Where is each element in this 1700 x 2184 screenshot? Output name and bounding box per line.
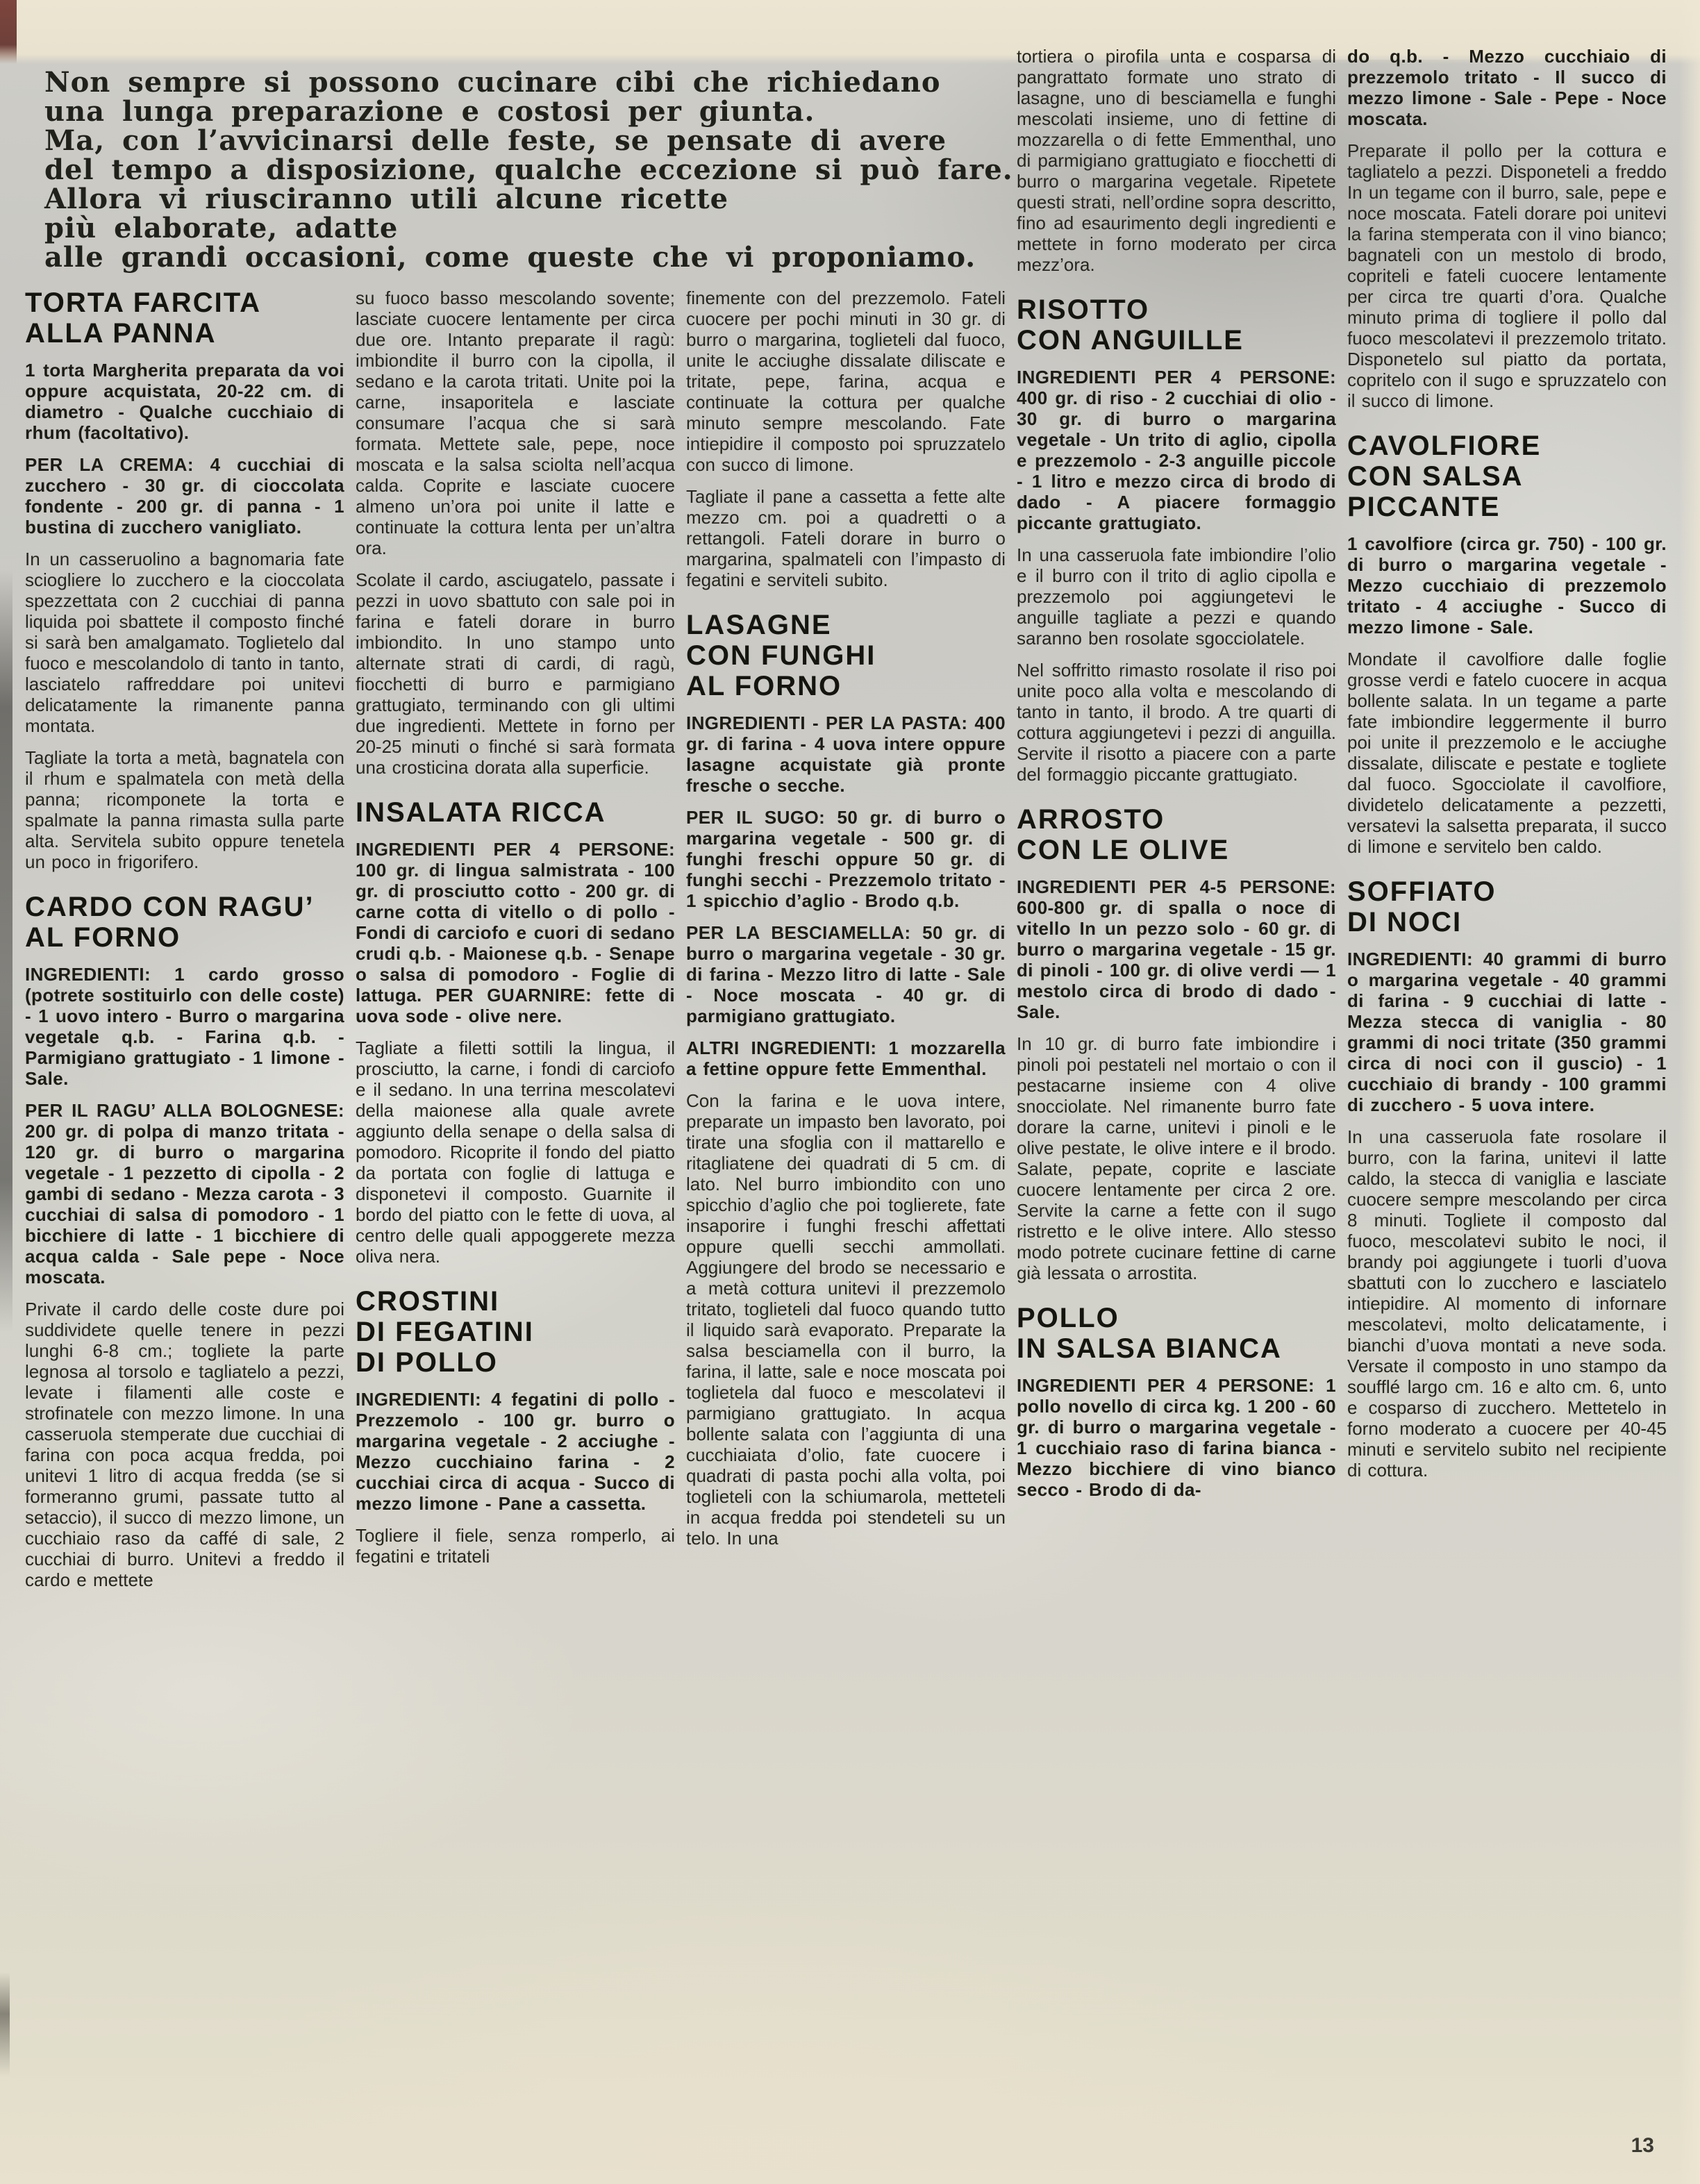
body-paragraph: Preparate il pollo per la cottura e tagl… [1347,140,1667,411]
recipe-heading-line: TORTA FARCITA [25,287,344,318]
body-paragraph: finemente con del prezzemolo. Fateli cuo… [686,287,1006,475]
body-paragraph: Private il cardo delle coste dure poi su… [25,1299,344,1590]
ingredients-paragraph: 1 torta Margherita preparata da voi oppu… [25,360,344,443]
recipe-heading-line: ALLA PANNA [25,318,344,349]
body-paragraph: Con la farina e le uova intere, preparat… [686,1090,1006,1549]
column-5: do q.b. - Mezzo cucchiaio di prezzemolo … [1347,46,1667,1492]
body-paragraph: Tagliate il pane a cassetta a fette alte… [686,486,1006,590]
ingredients-paragraph: do q.b. - Mezzo cucchiaio di prezzemolo … [1347,46,1667,129]
ingredients-paragraph: PER LA CREMA: 4 cucchiai di zucchero - 3… [25,454,344,537]
recipe-heading-line: DI POLLO [356,1347,675,1378]
body-paragraph: Scolate il cardo, asciugatelo, passate i… [356,569,675,778]
body-paragraph: In una casseruola fate imbiondire l’olio… [1017,544,1336,649]
recipe-heading-line: INSALATA RICCA [356,797,675,828]
recipe-heading-line: LASAGNE [686,610,1006,640]
recipe-heading-line: SOFFIATO [1347,876,1667,907]
ingredients-paragraph: INGREDIENTI: 1 cardo grosso (potrete sos… [25,964,344,1089]
ingredients-paragraph: INGREDIENTI PER 4-5 PERSONE: 600-800 gr.… [1017,876,1336,1022]
recipe-heading-line: ARROSTO [1017,804,1336,835]
column-2: su fuoco basso mescolando sovente; lasci… [356,46,675,1578]
recipe-heading-line: CON LE OLIVE [1017,835,1336,865]
recipe-heading-line: POLLO [1017,1303,1336,1333]
column-4: tortiera o pirofila unta e cosparsa di p… [1017,46,1336,1511]
body-paragraph: Mondate il cavolfiore dalle foglie gross… [1347,649,1667,857]
magazine-page: Non sempre si possono cucinare cibi che … [0,0,1700,2184]
recipe-heading: POLLOIN SALSA BIANCA [1017,1303,1336,1364]
recipe-heading-line: AL FORNO [25,922,344,953]
body-paragraph: In una casseruola fate rosolare il burro… [1347,1126,1667,1481]
body-paragraph: Tagliate a filetti sottili la lingua, il… [356,1037,675,1267]
scan-edge-shadow-left-lower [0,1972,10,2076]
recipe-heading-line: CROSTINI [356,1286,675,1317]
recipe-heading: CAVOLFIORECON SALSAPICCANTE [1347,431,1667,522]
recipe-heading-line: DI NOCI [1347,907,1667,937]
recipe-heading-line: IN SALSA BIANCA [1017,1333,1336,1364]
scan-edge-highlight-right [1679,0,1700,2184]
recipe-heading-line: RISOTTO [1017,294,1336,325]
ingredients-paragraph: INGREDIENTI PER 4 PERSONE: 1 pollo novel… [1017,1375,1336,1500]
body-paragraph: In 10 gr. di burro fate imbiondire i pin… [1017,1033,1336,1283]
ingredients-paragraph: ALTRI INGREDIENTI: 1 mozzarella a fettin… [686,1037,1006,1079]
recipe-columns: TORTA FARCITAALLA PANNA1 torta Margherit… [25,46,1668,1601]
page-number: 13 [1631,2134,1654,2158]
ingredients-paragraph: PER LA BESCIAMELLA: 50 gr. di burro o ma… [686,922,1006,1026]
recipe-heading-line: DI FEGATINI [356,1317,675,1347]
recipe-heading: RISOTTOCON ANGUILLE [1017,294,1336,356]
body-paragraph: Tagliate la torta a metà, bagnatela con … [25,747,344,872]
recipe-heading: SOFFIATODI NOCI [1347,876,1667,937]
ingredients-paragraph: PER IL RAGU’ ALLA BOLOGNESE: 200 gr. di … [25,1100,344,1287]
recipe-heading-line: CARDO CON RAGU’ [25,892,344,922]
ingredients-paragraph: INGREDIENTI: 4 fegatini di pollo - Prezz… [356,1389,675,1514]
recipe-heading: CROSTINIDI FEGATINIDI POLLO [356,1286,675,1378]
body-paragraph: In un casseruolino a bagnomaria fate sci… [25,549,344,736]
ingredients-paragraph: INGREDIENTI: 40 grammi di burro o margar… [1347,949,1667,1115]
recipe-heading-line: CAVOLFIORE [1347,431,1667,461]
recipe-heading-line: CON SALSA [1347,461,1667,492]
ingredients-paragraph: INGREDIENTI PER 4 PERSONE: 400 gr. di ri… [1017,367,1336,533]
body-paragraph: Nel soffritto rimasto rosolate il riso p… [1017,660,1336,785]
body-paragraph: su fuoco basso mescolando sovente; lasci… [356,287,675,558]
scan-edge-shadow-left [0,569,12,1333]
recipe-heading: CARDO CON RAGU’AL FORNO [25,892,344,953]
column-1: TORTA FARCITAALLA PANNA1 torta Margherit… [25,46,344,1601]
recipe-heading-line: CON FUNGHI [686,640,1006,671]
recipe-heading: INSALATA RICCA [356,797,675,828]
ingredients-paragraph: PER IL SUGO: 50 gr. di burro o margarina… [686,807,1006,911]
recipe-heading-line: AL FORNO [686,671,1006,701]
ingredients-paragraph: INGREDIENTI - PER LA PASTA: 400 gr. di f… [686,712,1006,796]
recipe-heading: LASAGNECON FUNGHIAL FORNO [686,610,1006,701]
scan-corner-mark [0,0,17,64]
ingredients-paragraph: 1 cavolfiore (circa gr. 750) - 100 gr. d… [1347,533,1667,637]
recipe-heading: TORTA FARCITAALLA PANNA [25,287,344,349]
body-paragraph: tortiera o pirofila unta e cosparsa di p… [1017,46,1336,275]
body-paragraph: Togliere il fiele, senza romperlo, ai fe… [356,1525,675,1567]
column-3: finemente con del prezzemolo. Fateli cuo… [686,46,1006,1560]
recipe-heading-line: CON ANGUILLE [1017,325,1336,356]
recipe-heading: ARROSTOCON LE OLIVE [1017,804,1336,865]
recipe-heading-line: PICCANTE [1347,492,1667,522]
ingredients-paragraph: INGREDIENTI PER 4 PERSONE: 100 gr. di li… [356,839,675,1026]
